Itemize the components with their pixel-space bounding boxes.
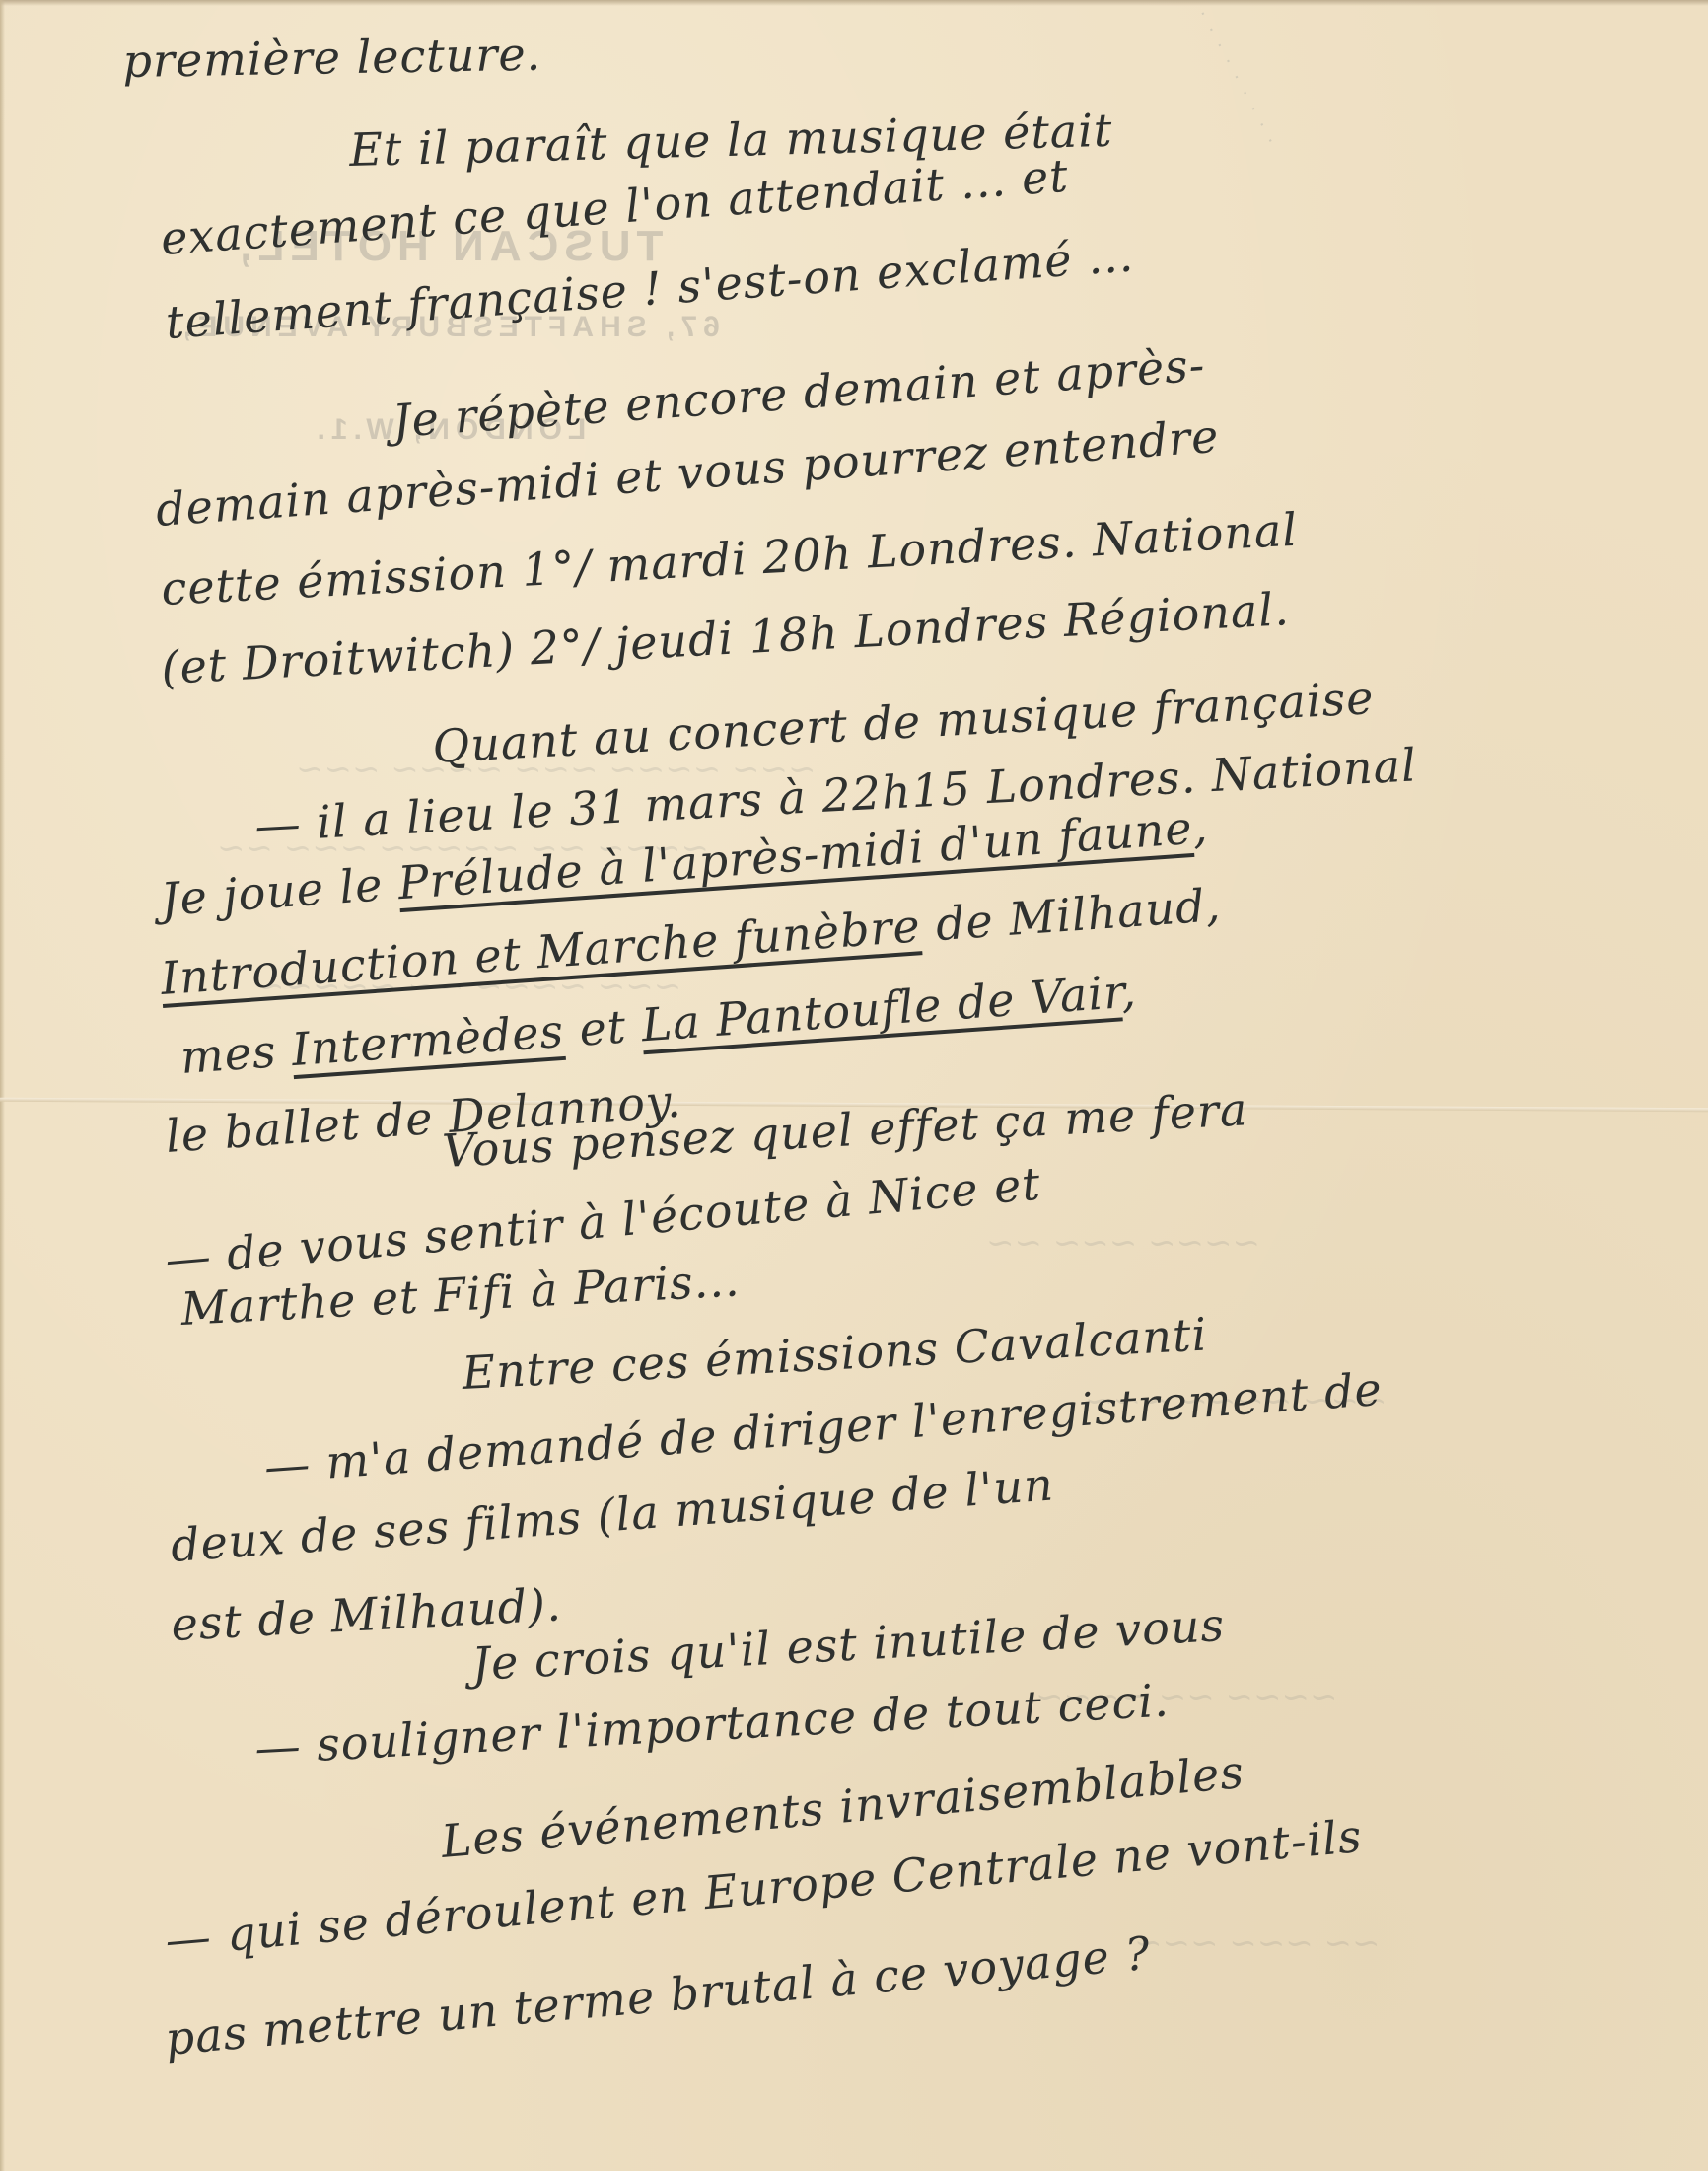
line-fragment: mes	[178, 1023, 294, 1084]
letter-line: première lecture.	[122, 28, 542, 88]
reverse-ink-showthrough: ~~ ~~~ ~~~	[1134, 1923, 1381, 1963]
paper-left-edge	[0, 0, 5, 2171]
line-fragment: et	[562, 998, 644, 1056]
paper-top-edge	[0, 0, 1708, 6]
reverse-ink-showthrough: ~~~~ ~~~ ~~	[986, 1223, 1260, 1263]
